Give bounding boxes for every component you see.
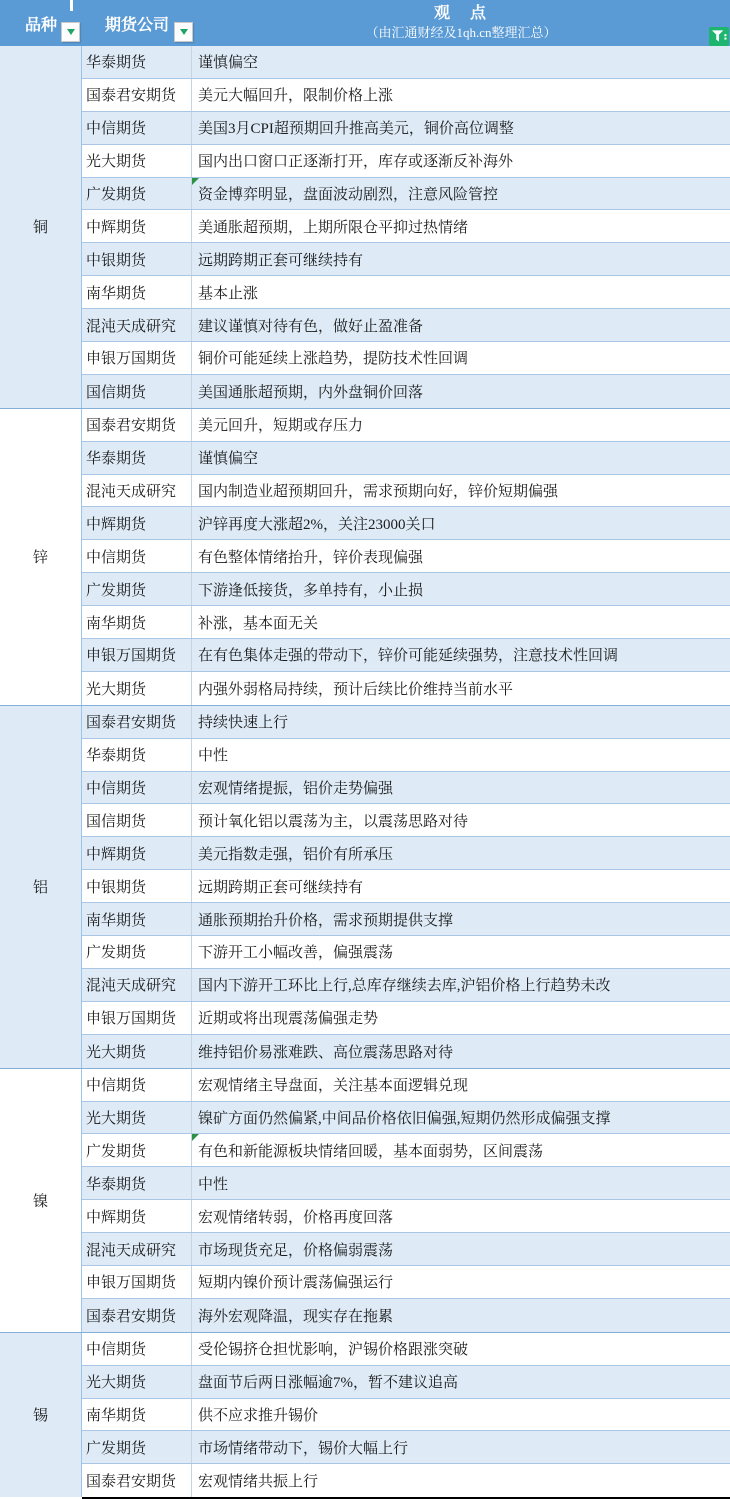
company-cell[interactable]: 国泰君安期货 bbox=[82, 79, 192, 111]
viewpoint-cell[interactable]: 资金博弈明显，盘面波动剧烈，注意风险管控 bbox=[192, 178, 730, 210]
viewpoint-cell[interactable]: 下游逢低接货，多单持有，小止损 bbox=[192, 573, 730, 605]
viewpoint-cell[interactable]: 美元指数走强，铝价有所承压 bbox=[192, 837, 730, 869]
table-row: 中辉期货 宏观情绪转弱，价格再度回落 bbox=[82, 1200, 730, 1233]
filter-dropdown-icon bbox=[180, 29, 188, 35]
company-cell[interactable]: 广发期货 bbox=[82, 1134, 192, 1166]
table-row: 中辉期货 沪锌再度大涨超2%，关注23000关口 bbox=[82, 507, 730, 540]
table-row: 中辉期货 美元指数走强，铝价有所承压 bbox=[82, 837, 730, 870]
table-row: 华泰期货 中性 bbox=[82, 739, 730, 772]
company-cell[interactable]: 混沌天成研究 bbox=[82, 475, 192, 507]
viewpoint-cell[interactable]: 国内出口窗口正逐渐打开，库存或逐渐反补海外 bbox=[192, 145, 730, 177]
viewpoint-cell[interactable]: 在有色集体走强的带动下，锌价可能延续强势，注意技术性回调 bbox=[192, 639, 730, 671]
company-cell[interactable]: 国泰君安期货 bbox=[82, 409, 192, 441]
viewpoint-cell[interactable]: 谨慎偏空 bbox=[192, 46, 730, 78]
company-cell[interactable]: 国泰君安期货 bbox=[82, 1299, 192, 1332]
viewpoint-cell[interactable]: 建议谨慎对待有色，做好止盈准备 bbox=[192, 309, 730, 341]
table-header: 品种 期货公司 观 点 （由汇通财经及1qh.cn整理汇总） bbox=[0, 0, 730, 46]
variety-cell[interactable]: 镍 bbox=[0, 1069, 82, 1332]
company-cell[interactable]: 中辉期货 bbox=[82, 210, 192, 242]
filter-dropdown-icon bbox=[67, 29, 75, 35]
viewpoint-cell[interactable]: 镍矿方面仍然偏紧,中间品价格依旧偏强,短期仍然形成偏强支撑 bbox=[192, 1102, 730, 1134]
variety-section: 锌 国泰君安期货 美元回升，短期或存压力 华泰期货 谨慎偏空 混沌天成研究 国内… bbox=[0, 409, 730, 706]
table-row: 中银期货 远期跨期正套可继续持有 bbox=[82, 870, 730, 903]
variety-section: 铝 国泰君安期货 持续快速上行 华泰期货 中性 中信期货 宏观情绪提振，铝价走势… bbox=[0, 706, 730, 1069]
section-rows: 国泰君安期货 持续快速上行 华泰期货 中性 中信期货 宏观情绪提振，铝价走势偏强… bbox=[82, 706, 730, 1068]
table-row: 南华期货 通胀预期抬升价格，需求预期提供支撑 bbox=[82, 903, 730, 936]
viewpoint-cell[interactable]: 宏观情绪主导盘面，关注基本面逻辑兑现 bbox=[192, 1069, 730, 1101]
table-body: 铜 华泰期货 谨慎偏空 国泰君安期货 美元大幅回升，限制价格上涨 中信期货 美国… bbox=[0, 46, 730, 1497]
variety-cell[interactable]: 铜 bbox=[0, 46, 82, 408]
table-row: 申银万国期货 近期或将出现震荡偏强走势 bbox=[82, 1002, 730, 1035]
viewpoint-cell[interactable]: 维持铝价易涨难跌、高位震荡思路对待 bbox=[192, 1035, 730, 1068]
variety-section: 锡 中信期货 受伦锡挤仓担忧影响，沪锡价格跟涨突破 光大期货 盘面节后两日涨幅逾… bbox=[0, 1333, 730, 1497]
company-filter-button[interactable] bbox=[174, 22, 193, 42]
company-cell[interactable]: 光大期货 bbox=[82, 145, 192, 177]
table-row: 广发期货 市场情绪带动下，锡价大幅上行 bbox=[82, 1431, 730, 1464]
company-cell[interactable]: 混沌天成研究 bbox=[82, 309, 192, 341]
company-cell[interactable]: 光大期货 bbox=[82, 672, 192, 705]
filter-fab-button[interactable] bbox=[709, 27, 729, 46]
company-cell[interactable]: 国泰君安期货 bbox=[82, 1464, 192, 1497]
header-viewpoint-subtitle: （由汇通财经及1qh.cn整理汇总） bbox=[365, 25, 556, 41]
table-row: 光大期货 盘面节后两日涨幅逾7%，暂不建议追高 bbox=[82, 1366, 730, 1399]
viewpoint-cell[interactable]: 中性 bbox=[192, 739, 730, 771]
header-viewpoint-title: 观 点 bbox=[434, 4, 488, 24]
viewpoint-cell[interactable]: 内强外弱格局持续，预计后续比价维持当前水平 bbox=[192, 672, 730, 705]
table-row: 混沌天成研究 建议谨慎对待有色，做好止盈准备 bbox=[82, 309, 730, 342]
table-row: 申银万国期货 铜价可能延续上涨趋势，提防技术性回调 bbox=[82, 342, 730, 375]
company-cell[interactable]: 南华期货 bbox=[82, 276, 192, 308]
viewpoint-cell[interactable]: 沪锌再度大涨超2%，关注23000关口 bbox=[192, 507, 730, 539]
company-cell[interactable]: 申银万国期货 bbox=[82, 639, 192, 671]
company-cell[interactable]: 中辉期货 bbox=[82, 837, 192, 869]
viewpoint-cell[interactable]: 美国通胀超预期，内外盘铜价回落 bbox=[192, 375, 730, 408]
company-cell[interactable]: 光大期货 bbox=[82, 1366, 192, 1398]
table-row: 南华期货 供不应求推升锡价 bbox=[82, 1399, 730, 1432]
company-cell[interactable]: 混沌天成研究 bbox=[82, 1233, 192, 1265]
viewpoint-cell[interactable]: 受伦锡挤仓担忧影响，沪锡价格跟涨突破 bbox=[192, 1333, 730, 1365]
table-row: 中信期货 宏观情绪提振，铝价走势偏强 bbox=[82, 772, 730, 805]
viewpoint-cell[interactable]: 宏观情绪共振上行 bbox=[192, 1464, 730, 1497]
company-cell[interactable]: 光大期货 bbox=[82, 1102, 192, 1134]
viewpoint-cell[interactable]: 下游开工小幅改善，偏强震荡 bbox=[192, 936, 730, 968]
header-variety-label: 品种 bbox=[25, 12, 57, 35]
company-cell[interactable]: 广发期货 bbox=[82, 573, 192, 605]
company-cell[interactable]: 华泰期货 bbox=[82, 739, 192, 771]
table-row: 南华期货 补涨，基本面无关 bbox=[82, 606, 730, 639]
table-row: 中信期货 有色整体情绪抬升，锌价表现偏强 bbox=[82, 540, 730, 573]
viewpoint-cell[interactable]: 中性 bbox=[192, 1167, 730, 1199]
company-cell[interactable]: 中信期货 bbox=[82, 772, 192, 804]
company-cell[interactable]: 国信期货 bbox=[82, 804, 192, 836]
table-row: 国泰君安期货 美元大幅回升，限制价格上涨 bbox=[82, 79, 730, 112]
section-rows: 华泰期货 谨慎偏空 国泰君安期货 美元大幅回升，限制价格上涨 中信期货 美国3月… bbox=[82, 46, 730, 408]
table-row: 申银万国期货 在有色集体走强的带动下，锌价可能延续强势，注意技术性回调 bbox=[82, 639, 730, 672]
table-row: 广发期货 下游开工小幅改善，偏强震荡 bbox=[82, 936, 730, 969]
company-cell[interactable]: 华泰期货 bbox=[82, 1167, 192, 1199]
company-cell[interactable]: 中信期货 bbox=[82, 540, 192, 572]
viewpoint-cell[interactable]: 通胀预期抬升价格，需求预期提供支撑 bbox=[192, 903, 730, 935]
company-cell[interactable]: 中辉期货 bbox=[82, 507, 192, 539]
table-row: 光大期货 内强外弱格局持续，预计后续比价维持当前水平 bbox=[82, 672, 730, 705]
viewpoint-cell[interactable]: 市场现货充足，价格偏弱震荡 bbox=[192, 1233, 730, 1265]
viewpoint-cell[interactable]: 补涨，基本面无关 bbox=[192, 606, 730, 638]
table-row: 国泰君安期货 美元回升，短期或存压力 bbox=[82, 409, 730, 442]
viewpoint-cell[interactable]: 海外宏观降温，现实存在拖累 bbox=[192, 1299, 730, 1332]
section-rows: 中信期货 宏观情绪主导盘面，关注基本面逻辑兑现 光大期货 镍矿方面仍然偏紧,中间… bbox=[82, 1069, 730, 1332]
viewpoint-cell[interactable]: 美国3月CPI超预期回升推高美元，铜价高位调整 bbox=[192, 112, 730, 144]
viewpoint-cell[interactable]: 美元大幅回升，限制价格上涨 bbox=[192, 79, 730, 111]
company-cell[interactable]: 南华期货 bbox=[82, 903, 192, 935]
company-cell[interactable]: 中辉期货 bbox=[82, 1200, 192, 1232]
company-cell[interactable]: 中信期货 bbox=[82, 1069, 192, 1101]
section-rows: 国泰君安期货 美元回升，短期或存压力 华泰期货 谨慎偏空 混沌天成研究 国内制造… bbox=[82, 409, 730, 705]
viewpoint-cell[interactable]: 美元回升，短期或存压力 bbox=[192, 409, 730, 441]
variety-section: 镍 中信期货 宏观情绪主导盘面，关注基本面逻辑兑现 光大期货 镍矿方面仍然偏紧,… bbox=[0, 1069, 730, 1333]
company-cell[interactable]: 广发期货 bbox=[82, 178, 192, 210]
table-row: 中信期货 宏观情绪主导盘面，关注基本面逻辑兑现 bbox=[82, 1069, 730, 1102]
viewpoint-cell[interactable]: 有色和新能源板块情绪回暖，基本面弱势，区间震荡 bbox=[192, 1134, 730, 1166]
company-cell[interactable]: 国泰君安期货 bbox=[82, 706, 192, 738]
table-row: 中信期货 美国3月CPI超预期回升推高美元，铜价高位调整 bbox=[82, 112, 730, 145]
variety-section: 铜 华泰期货 谨慎偏空 国泰君安期货 美元大幅回升，限制价格上涨 中信期货 美国… bbox=[0, 46, 730, 409]
table-row: 国泰君安期货 海外宏观降温，现实存在拖累 bbox=[82, 1299, 730, 1332]
company-cell[interactable]: 华泰期货 bbox=[82, 442, 192, 474]
variety-cell[interactable]: 铝 bbox=[0, 706, 82, 1068]
futures-opinions-table: 品种 期货公司 观 点 （由汇通财经及1qh.cn整理汇总） 铜 华泰期货 谨慎 bbox=[0, 0, 730, 1499]
table-row: 中银期货 远期跨期正套可继续持有 bbox=[82, 243, 730, 276]
header-company-label: 期货公司 bbox=[105, 12, 169, 35]
viewpoint-cell[interactable]: 持续快速上行 bbox=[192, 706, 730, 738]
variety-filter-button[interactable] bbox=[61, 22, 80, 42]
column-gridline-notch bbox=[70, 0, 73, 11]
viewpoint-cell[interactable]: 市场情绪带动下，锡价大幅上行 bbox=[192, 1431, 730, 1463]
company-cell[interactable]: 混沌天成研究 bbox=[82, 969, 192, 1001]
viewpoint-cell[interactable]: 国内制造业超预期回升，需求预期向好，锌价短期偏强 bbox=[192, 475, 730, 507]
viewpoint-cell[interactable]: 基本止涨 bbox=[192, 276, 730, 308]
table-row: 国泰君安期货 持续快速上行 bbox=[82, 706, 730, 739]
viewpoint-cell[interactable]: 预计氧化铝以震荡为主，以震荡思路对待 bbox=[192, 804, 730, 836]
company-cell[interactable]: 中银期货 bbox=[82, 870, 192, 902]
viewpoint-cell[interactable]: 美通胀超预期，上期所限仓平抑过热情绪 bbox=[192, 210, 730, 242]
company-cell[interactable]: 南华期货 bbox=[82, 1399, 192, 1431]
company-cell[interactable]: 中银期货 bbox=[82, 243, 192, 275]
company-cell[interactable]: 申银万国期货 bbox=[82, 1266, 192, 1298]
viewpoint-cell[interactable]: 近期或将出现震荡偏强走势 bbox=[192, 1002, 730, 1034]
funnel-icon bbox=[712, 30, 727, 43]
company-cell[interactable]: 南华期货 bbox=[82, 606, 192, 638]
company-cell[interactable]: 中信期货 bbox=[82, 1333, 192, 1365]
table-row: 华泰期货 谨慎偏空 bbox=[82, 46, 730, 79]
viewpoint-cell[interactable]: 盘面节后两日涨幅逾7%，暂不建议追高 bbox=[192, 1366, 730, 1398]
table-row: 中辉期货 美通胀超预期，上期所限仓平抑过热情绪 bbox=[82, 210, 730, 243]
table-row: 混沌天成研究 国内制造业超预期回升，需求预期向好，锌价短期偏强 bbox=[82, 475, 730, 508]
viewpoint-cell[interactable]: 短期内镍价预计震荡偏强运行 bbox=[192, 1266, 730, 1298]
viewpoint-cell[interactable]: 宏观情绪转弱，价格再度回落 bbox=[192, 1200, 730, 1232]
table-row: 广发期货 有色和新能源板块情绪回暖，基本面弱势，区间震荡 bbox=[82, 1134, 730, 1167]
company-cell[interactable]: 中信期货 bbox=[82, 112, 192, 144]
viewpoint-cell[interactable]: 远期跨期正套可继续持有 bbox=[192, 243, 730, 275]
table-row: 中信期货 受伦锡挤仓担忧影响，沪锡价格跟涨突破 bbox=[82, 1333, 730, 1366]
company-cell[interactable]: 广发期货 bbox=[82, 1431, 192, 1463]
table-row: 国信期货 预计氧化铝以震荡为主，以震荡思路对待 bbox=[82, 804, 730, 837]
viewpoint-cell[interactable]: 有色整体情绪抬升，锌价表现偏强 bbox=[192, 540, 730, 572]
viewpoint-cell[interactable]: 远期跨期正套可继续持有 bbox=[192, 870, 730, 902]
variety-cell[interactable]: 锡 bbox=[0, 1333, 82, 1497]
viewpoint-cell[interactable]: 谨慎偏空 bbox=[192, 442, 730, 474]
section-rows: 中信期货 受伦锡挤仓担忧影响，沪锡价格跟涨突破 光大期货 盘面节后两日涨幅逾7%… bbox=[82, 1333, 730, 1497]
table-row: 光大期货 国内出口窗口正逐渐打开，库存或逐渐反补海外 bbox=[82, 145, 730, 178]
table-row: 光大期货 维持铝价易涨难跌、高位震荡思路对待 bbox=[82, 1035, 730, 1068]
comment-marker-icon bbox=[192, 178, 199, 185]
company-cell[interactable]: 华泰期货 bbox=[82, 46, 192, 78]
table-row: 混沌天成研究 国内下游开工环比上行,总库存继续去库,沪铝价格上行趋势未改 bbox=[82, 969, 730, 1002]
variety-cell[interactable]: 锌 bbox=[0, 409, 82, 705]
viewpoint-cell[interactable]: 国内下游开工环比上行,总库存继续去库,沪铝价格上行趋势未改 bbox=[192, 969, 730, 1001]
viewpoint-cell[interactable]: 供不应求推升锡价 bbox=[192, 1399, 730, 1431]
table-row: 申银万国期货 短期内镍价预计震荡偏强运行 bbox=[82, 1266, 730, 1299]
table-row: 光大期货 镍矿方面仍然偏紧,中间品价格依旧偏强,短期仍然形成偏强支撑 bbox=[82, 1102, 730, 1135]
comment-marker-icon bbox=[192, 1134, 199, 1141]
table-row: 华泰期货 谨慎偏空 bbox=[82, 442, 730, 475]
company-cell[interactable]: 光大期货 bbox=[82, 1035, 192, 1068]
table-row: 华泰期货 中性 bbox=[82, 1167, 730, 1200]
company-cell[interactable]: 申银万国期货 bbox=[82, 1002, 192, 1034]
company-cell[interactable]: 国信期货 bbox=[82, 375, 192, 408]
header-viewpoint[interactable]: 观 点 （由汇通财经及1qh.cn整理汇总） bbox=[192, 0, 730, 46]
table-row: 国泰君安期货 宏观情绪共振上行 bbox=[82, 1464, 730, 1497]
viewpoint-cell[interactable]: 铜价可能延续上涨趋势，提防技术性回调 bbox=[192, 342, 730, 374]
table-row: 混沌天成研究 市场现货充足，价格偏弱震荡 bbox=[82, 1233, 730, 1266]
viewpoint-cell[interactable]: 宏观情绪提振，铝价走势偏强 bbox=[192, 772, 730, 804]
table-row: 国信期货 美国通胀超预期，内外盘铜价回落 bbox=[82, 375, 730, 408]
table-row: 广发期货 资金博弈明显，盘面波动剧烈，注意风险管控 bbox=[82, 178, 730, 211]
company-cell[interactable]: 申银万国期货 bbox=[82, 342, 192, 374]
table-row: 广发期货 下游逢低接货，多单持有，小止损 bbox=[82, 573, 730, 606]
company-cell[interactable]: 广发期货 bbox=[82, 936, 192, 968]
table-row: 南华期货 基本止涨 bbox=[82, 276, 730, 309]
